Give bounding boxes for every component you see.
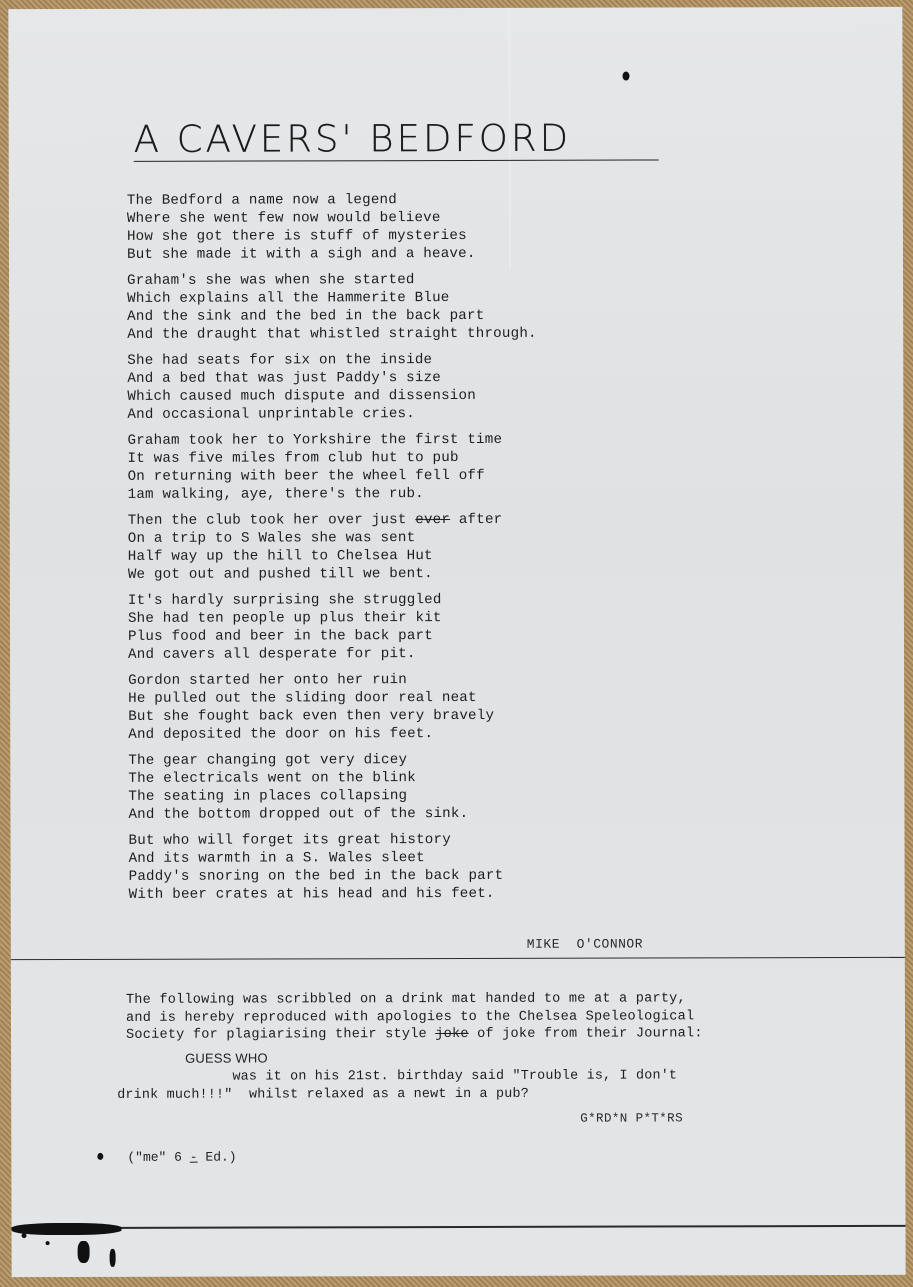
poem-line: The Bedford a name now a legend	[127, 191, 647, 210]
ink-spot	[22, 1233, 27, 1238]
poem-stanza: Graham's she was when she startedWhich e…	[127, 271, 647, 344]
poem-line: On a trip to S Wales she was sent	[128, 529, 648, 548]
note-line-end: of joke from their Journal:	[469, 1026, 703, 1042]
poem-line: How she got there is stuff of mysteries	[127, 227, 647, 246]
poem-line: Paddy's snoring on the bed in the back p…	[129, 866, 649, 885]
ink-spot	[97, 1153, 103, 1160]
ed-note-start: ("me" 6	[127, 1150, 189, 1165]
poem-line: He pulled out the sliding door real neat	[128, 688, 648, 707]
poem-line: Plus food and beer in the back part	[128, 627, 648, 646]
guess-who-heading: GUESS WHO	[185, 1050, 268, 1065]
typewritten-page: A CAVERS' BEDFORD The Bedford a name now…	[8, 7, 905, 1277]
poem-line: The gear changing got very dicey	[128, 750, 648, 769]
poem-line: Graham's she was when she started	[127, 271, 647, 290]
poem-author: MIKE O'CONNOR	[527, 937, 643, 952]
poem-stanza: Then the club took her over just ever af…	[128, 511, 648, 584]
poem-stanza: But who will forget its great historyAnd…	[128, 830, 648, 903]
ink-smudge	[110, 1249, 116, 1267]
note-line: Society for plagiarising their style jok…	[126, 1025, 826, 1044]
quote-line: was it on his 21st. birthday said "Troub…	[117, 1067, 837, 1087]
poem-line: It was five miles from club hut to pub	[127, 449, 647, 468]
poem-line: With beer crates at his head and his fee…	[129, 884, 649, 903]
poem-line: Which explains all the Hammerite Blue	[127, 289, 647, 308]
ed-note: ("me" 6 - Ed.)	[127, 1150, 236, 1165]
signature: G*RD*N P*T*RS	[580, 1111, 683, 1125]
note-line: and is hereby reproduced with apologies …	[126, 1008, 826, 1027]
poem-line: But she made it with a sigh and a heave.	[127, 245, 647, 264]
poem-line: Then the club took her over just ever af…	[128, 511, 648, 530]
poem-stanza: It's hardly surprising she struggledShe …	[128, 591, 648, 664]
editor-note: The following was scribbled on a drink m…	[126, 990, 826, 1044]
poem-line: And a bed that was just Paddy's size	[127, 369, 647, 388]
guess-who-quote: was it on his 21st. birthday said "Troub…	[117, 1067, 837, 1105]
poem-stanza: The gear changing got very diceyThe elec…	[128, 750, 648, 823]
poem-line: And occasional unprintable cries.	[127, 405, 647, 424]
poem-line: The seating in places collapsing	[128, 786, 648, 805]
ink-spot	[46, 1241, 50, 1245]
poem-line: She had ten people up plus their kit	[128, 609, 648, 628]
poem-line: And the draught that whistled straight t…	[127, 325, 647, 344]
poem-line: Where she went few now would believe	[127, 209, 647, 228]
poem-stanza: The Bedford a name now a legendWhere she…	[127, 191, 647, 264]
poem-line: 1am walking, aye, there's the rub.	[128, 485, 648, 504]
struck-word: joke	[435, 1027, 468, 1042]
poem-line: And cavers all desperate for pit.	[128, 644, 648, 663]
poem-stanza: She had seats for six on the insideAnd a…	[127, 351, 647, 424]
poem-line: Which caused much dispute and dissension	[127, 387, 647, 406]
poem-line: The electricals went on the blink	[128, 768, 648, 787]
poem-line: Gordon started her onto her ruin	[128, 670, 648, 689]
poem-stanza: Graham took her to Yorkshire the first t…	[127, 431, 647, 504]
poem-line: And the sink and the bed in the back par…	[127, 307, 647, 326]
poem-line: It's hardly surprising she struggled	[128, 591, 648, 610]
struck-word: ever	[415, 512, 450, 528]
section-divider	[11, 957, 905, 960]
note-line-start: Society for plagiarising their style	[126, 1027, 435, 1043]
ink-spot	[623, 72, 630, 81]
note-line: The following was scribbled on a drink m…	[126, 990, 826, 1009]
poem-line: And the bottom dropped out of the sink.	[128, 804, 648, 823]
poem-line: But who will forget its great history	[128, 830, 648, 849]
bottom-rule	[12, 1225, 906, 1229]
poem-line: Half way up the hill to Chelsea Hut	[128, 547, 648, 566]
poem: The Bedford a name now a legendWhere she…	[127, 191, 649, 912]
poem-line: On returning with beer the wheel fell of…	[128, 467, 648, 486]
poem-line: And its warmth in a S. Wales sleet	[129, 848, 649, 867]
ink-smudge	[12, 1223, 122, 1235]
poem-line: And deposited the door on his feet.	[128, 724, 648, 743]
poem-line: Graham took her to Yorkshire the first t…	[127, 431, 647, 450]
poem-line: She had seats for six on the inside	[127, 351, 647, 370]
quote-line: drink much!!!" whilst relaxed as a newt …	[117, 1085, 837, 1105]
poem-line: We got out and pushed till we bent.	[128, 565, 648, 584]
poem-stanza: Gordon started her onto her ruinHe pulle…	[128, 670, 648, 743]
ink-smudge	[78, 1241, 90, 1263]
page-title: A CAVERS' BEDFORD	[134, 119, 659, 161]
ed-note-end: Ed.)	[198, 1150, 237, 1165]
poem-line: But she fought back even then very brave…	[128, 706, 648, 725]
